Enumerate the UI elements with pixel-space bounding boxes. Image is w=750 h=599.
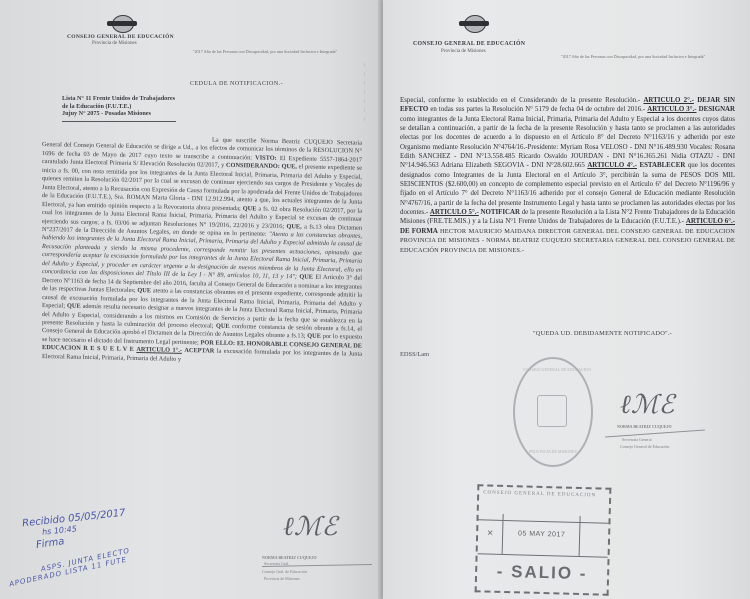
stamp-label: - SALIO - (477, 556, 608, 589)
seal-text-top: CONSEJO GENERAL DE EDUCACION (523, 367, 591, 372)
article-verb: DESIGNAR (699, 106, 735, 113)
addressee-underline (62, 121, 176, 122)
letterhead-org: CONSEJO GENERAL DE EDUCACIÓN (413, 41, 525, 47)
que-label: QUE (307, 333, 321, 340)
signature-mark: ℓℳℰ (283, 512, 337, 542)
article-text: como integrantes de la Junta Electoral R… (400, 116, 735, 170)
signer-name: NORMA BEATRIZ CUQUEJO (617, 424, 672, 429)
que-label: QUE, (286, 223, 301, 230)
article-label: ARTICULO 6°.- (686, 218, 735, 225)
handwritten-signature: Firma (35, 536, 65, 551)
que-label: QUE (243, 205, 257, 212)
letterhead-org: CONSEJO GENERAL DE EDUCACIÓN (67, 34, 174, 40)
notified-statement: "QUEDA UD. DEBIDAMENTE NOTIFICADO".- (533, 330, 672, 337)
article-label: ARTICULO 4°.- (587, 162, 637, 169)
seal-text-bottom: PROVINCIA DE MISIONES (529, 449, 577, 454)
letterhead-province: Provincia de Misiones (441, 49, 486, 54)
closing-signatories: HECTOR MAURICIO MAIDANA DIRECTOR GENERAL… (400, 228, 735, 254)
que-label: QUE (67, 303, 81, 310)
coat-of-arms-icon (459, 13, 489, 39)
article-verb: ACEPTAR (184, 347, 214, 355)
margin-marks: ||||||| (364, 60, 365, 123)
left-document-page: CONSEJO GENERAL DE EDUCACIÓN Provincia d… (0, 0, 383, 599)
considerando-text: el presente expediente se inicia a fs. 0… (42, 164, 362, 212)
addressee-line: Jujuy N° 2075 - Posadas Misiones (62, 110, 175, 118)
signer-title: Secretaria Gral. (264, 561, 289, 566)
article-verb: ESTABLECER (639, 162, 685, 169)
addressee-line: Lista N° 11 Frente Unidos de Trabajadore… (62, 95, 175, 103)
stamp-date: 05 MAY 2017 (504, 514, 581, 556)
resolution-body-right: Especial, conforme lo establecido en el … (400, 96, 735, 255)
que-label: QUE (137, 287, 151, 294)
que-label: QUE (216, 323, 230, 330)
addressee-block: Lista N° 11 Frente Unidos de Trabajadore… (62, 95, 175, 118)
visto-label: VISTO: (255, 154, 277, 161)
signature-mark: ℓℳℰ (620, 390, 674, 420)
letterhead-province: Provincia de Misiones (92, 41, 137, 46)
article-label: ARTICULO 3°.- (647, 106, 696, 113)
letterhead-motto: "2017 Año de las Personas con Discapacid… (190, 49, 340, 55)
reference-initials: EDSS/Lam (400, 351, 429, 358)
article-verb: NOTIFICAR (481, 209, 520, 216)
article-label: ARTICULO 2°.- (643, 97, 693, 104)
legal-quote: "Atento a las constancias obrantes, habi… (42, 231, 362, 281)
letterhead-motto: "2017 Año de las Personas con Discapacid… (558, 54, 708, 60)
article-verb: DE FORMA (400, 228, 438, 235)
article-text: en todas sus partes la Resolución N° 517… (430, 106, 645, 113)
signer-name: NORMA BEATRIZ CUQUEJO (262, 555, 317, 560)
signer-org: Consejo Gral. de Educación (262, 569, 307, 574)
signer-title: Secretaria General (622, 437, 652, 442)
stamp-mark: ✕ (478, 513, 504, 554)
document-heading: CEDULA DE NOTIFICACION.- (190, 81, 283, 87)
continuation-text: Especial, conforme lo establecido en el … (400, 97, 640, 104)
resolution-body-left: La que suscribe Norma Beatriz CUQUEJO Se… (42, 133, 362, 368)
article-label: ARTICULO 5°.- (430, 209, 479, 216)
official-seal: CONSEJO GENERAL DE EDUCACION PROVINCIA D… (513, 357, 593, 467)
signer-province: Provincia de Misiones (264, 576, 300, 581)
dispatch-stamp: CONSEJO GENERAL DE EDUCACION ✕ 05 MAY 20… (475, 484, 612, 595)
que-label: QUE (299, 274, 313, 281)
addressee-line: de la Educación (F.U.T.E.) (62, 103, 175, 111)
considerando-label: CONSIDERANDO: QUE, (226, 162, 297, 170)
article-label: ARTICULO 1°.- (136, 346, 182, 354)
signer-org: Consejo General de Educación (620, 444, 669, 449)
